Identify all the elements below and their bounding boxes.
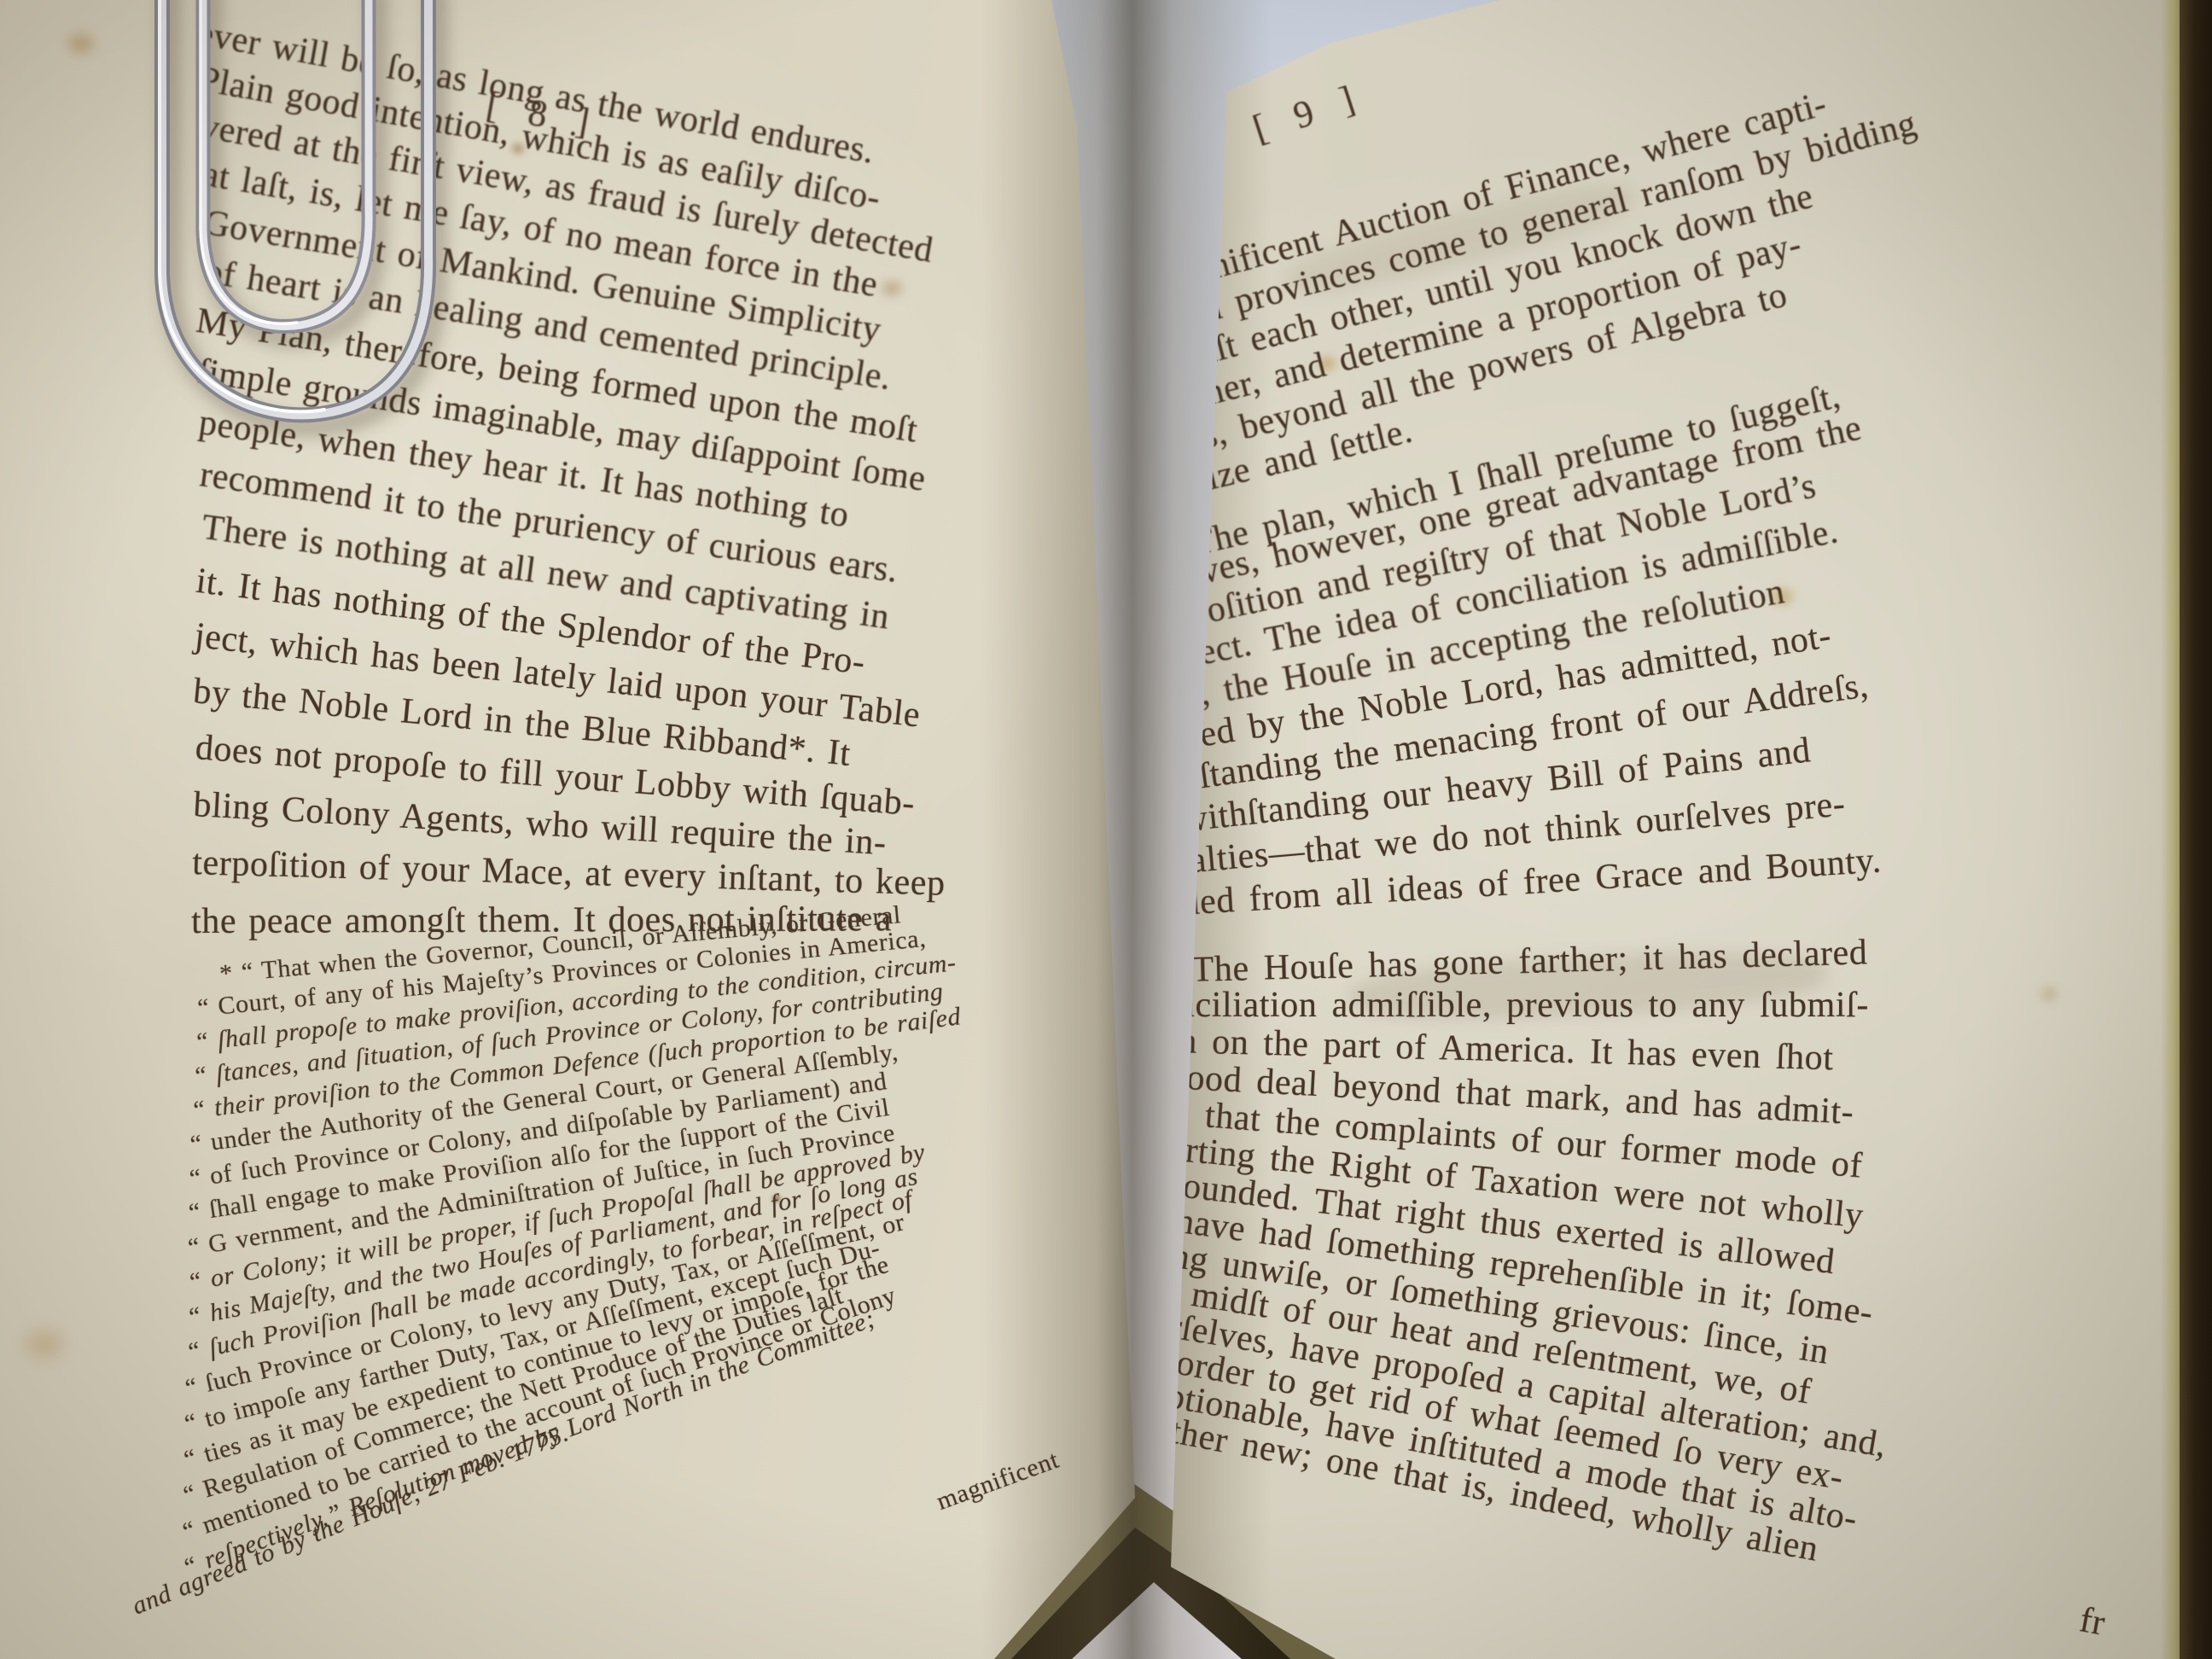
page-number-right: [ 9 ] (1248, 74, 1370, 151)
right-page-text-line: The Houſe has gone farther; it has decla… (1191, 932, 1868, 991)
open-book-photo: [ 8 ] ever will be ſo, as long as the wo… (0, 0, 2212, 1659)
paperclip-icon (26, 0, 504, 521)
catchword-right: fr (2076, 1599, 2108, 1644)
catchword-left: magnificent (933, 1446, 1062, 1516)
right-page-text-line: conciliation admiſſible, previous to any… (1142, 985, 1869, 1026)
